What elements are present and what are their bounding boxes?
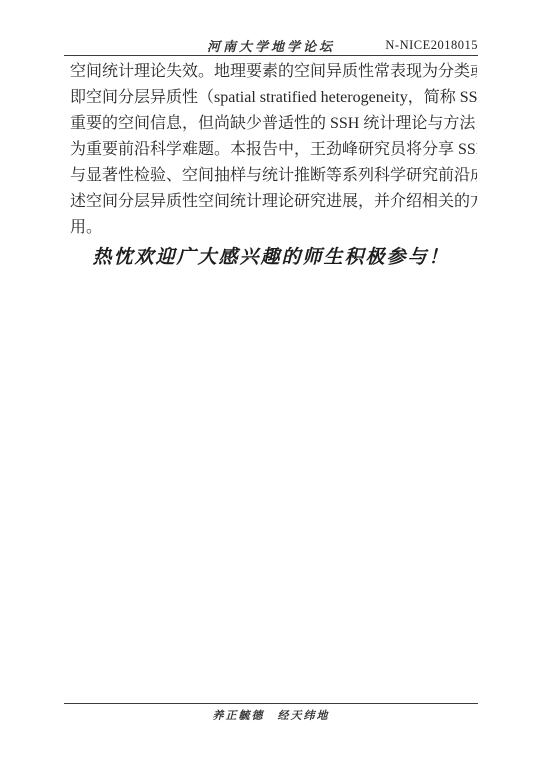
footer-motto: 养正毓德 经天纬地 bbox=[64, 707, 478, 723]
body-text-line: 用。 bbox=[70, 215, 477, 241]
document-page: 河南大学地学论坛 N-NICE2018015 空间统计理论失效。地理要素的空间异… bbox=[0, 0, 543, 768]
welcome-announcement: 热忱欢迎广大感兴趣的师生积极参与！ bbox=[64, 242, 478, 269]
body-text-line: 为重要前沿科学难题。本报告中，王劲峰研究员将分享 SSH 度量 bbox=[70, 137, 477, 163]
header-rule bbox=[64, 55, 478, 56]
body-text-line: 述空间分层异质性空间统计理论研究进展，并介绍相关的方法及应 bbox=[70, 189, 477, 215]
body-text-line: 即空间分层异质性（spatial stratified heterogeneit… bbox=[70, 85, 477, 111]
body-text-line: 重要的空间信息，但尚缺少普适性的 SSH 统计理论与方法，这成 bbox=[70, 111, 477, 137]
footer-rule bbox=[64, 703, 478, 704]
header-title: 河南大学地学论坛 bbox=[207, 36, 335, 55]
document-number: N-NICE2018015 bbox=[385, 38, 478, 53]
body-paragraph: 空间统计理论失效。地理要素的空间异质性常表现为分类或分区， 即空间分层异质性（s… bbox=[70, 59, 477, 241]
body-text-line: 与显著性检验、空间抽样与统计推断等系列科学研究前沿成果，阐 bbox=[70, 163, 477, 189]
page-header: 河南大学地学论坛 N-NICE2018015 bbox=[64, 0, 478, 56]
body-text-line: 空间统计理论失效。地理要素的空间异质性常表现为分类或分区， bbox=[70, 59, 477, 85]
